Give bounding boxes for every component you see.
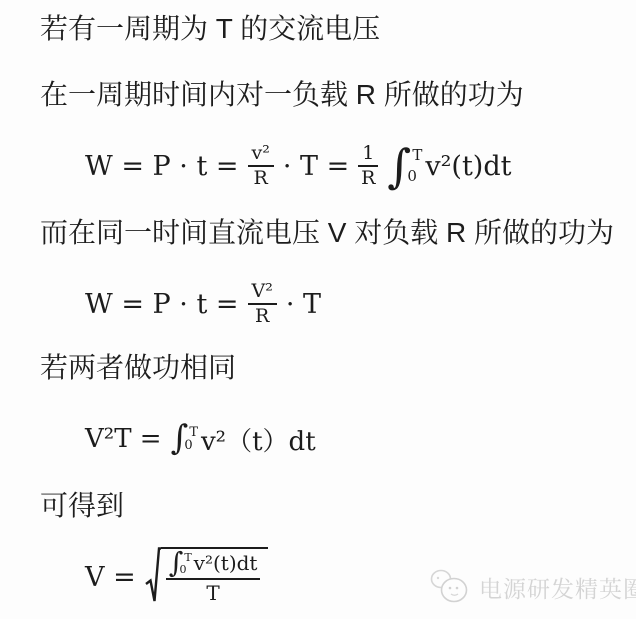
watermark: 电源研发精英圈 bbox=[430, 568, 636, 606]
integral-lower-limit: 0 bbox=[184, 439, 193, 452]
fraction-denominator: R bbox=[248, 305, 277, 327]
formula-term: · T = bbox=[283, 151, 349, 182]
fraction-1-over-R: 1 R bbox=[358, 143, 378, 190]
integral-upper-limit: T bbox=[184, 552, 191, 563]
line-conclusion: 可得到 bbox=[40, 490, 124, 522]
integral: ∫ T 0 bbox=[171, 424, 197, 454]
fraction-v2-over-R: v² R bbox=[248, 143, 274, 190]
fraction-denominator: R bbox=[248, 167, 274, 189]
formula-rms-result: V = ∫ T 0 v²(t)dt bbox=[85, 546, 268, 608]
fraction-denominator: T bbox=[166, 580, 261, 604]
fraction-numerator: ∫ T 0 v²(t)dt bbox=[166, 551, 261, 580]
fraction-V2-over-R: V² R bbox=[248, 281, 277, 328]
integral-lower-limit: 0 bbox=[179, 564, 186, 575]
watermark-text: 电源研发精英圈 bbox=[479, 571, 636, 604]
integral-limits: T 0 bbox=[411, 146, 421, 186]
square-root: ∫ T 0 v²(t)dt T bbox=[145, 547, 269, 607]
article-page: 若有一周期为 T 的交流电压 在一周期时间内对一负载 R 所做的功为 而在同一时… bbox=[0, 0, 636, 619]
formula-term: W = P · t = bbox=[85, 151, 239, 182]
formula-term: v²(t)dt bbox=[425, 151, 511, 182]
formula-dc-work: W = P · t = V² R · T bbox=[85, 280, 321, 328]
fraction-denominator: R bbox=[358, 167, 378, 189]
formula-term: W = P · t = bbox=[85, 289, 239, 320]
integral: ∫ T 0 bbox=[169, 551, 191, 576]
line-ac-voltage-intro: 若有一周期为 T 的交流电压 bbox=[40, 13, 380, 45]
integral-limits: T 0 bbox=[188, 424, 197, 454]
square-root-body: ∫ T 0 v²(t)dt T bbox=[161, 547, 269, 607]
formula-term: · T bbox=[286, 289, 321, 320]
formula-equal-work: V²T = ∫ T 0 v²（t）dt bbox=[85, 418, 316, 460]
integral-upper-limit: T bbox=[412, 148, 422, 163]
chat-bubbles-logo-icon bbox=[430, 568, 470, 606]
formula-term: v²(t)dt bbox=[194, 552, 258, 574]
integral-lower-limit: 0 bbox=[407, 169, 417, 184]
formula-ac-work: W = P · t = v² R · T = 1 R ∫ T 0 v²(t)dt bbox=[85, 136, 511, 196]
fraction-integral-over-T: ∫ T 0 v²(t)dt T bbox=[166, 551, 261, 604]
radical-sign-icon bbox=[145, 547, 161, 607]
fraction-numerator: v² bbox=[248, 143, 274, 167]
integral-limits: T 0 bbox=[183, 551, 190, 576]
line-dc-voltage-work: 而在同一时间直流电压 V 对负载 R 所做的功为 bbox=[40, 217, 614, 249]
formula-term: v²（t）dt bbox=[201, 421, 316, 458]
fraction-numerator: V² bbox=[248, 281, 277, 305]
formula-term: V = bbox=[85, 562, 136, 593]
formula-term: V²T = bbox=[85, 424, 162, 454]
line-work-on-load: 在一周期时间内对一负载 R 所做的功为 bbox=[40, 79, 524, 111]
line-equal-work: 若两者做功相同 bbox=[40, 352, 236, 384]
fraction-numerator: 1 bbox=[358, 143, 378, 167]
integral: ∫ T 0 bbox=[387, 146, 421, 186]
